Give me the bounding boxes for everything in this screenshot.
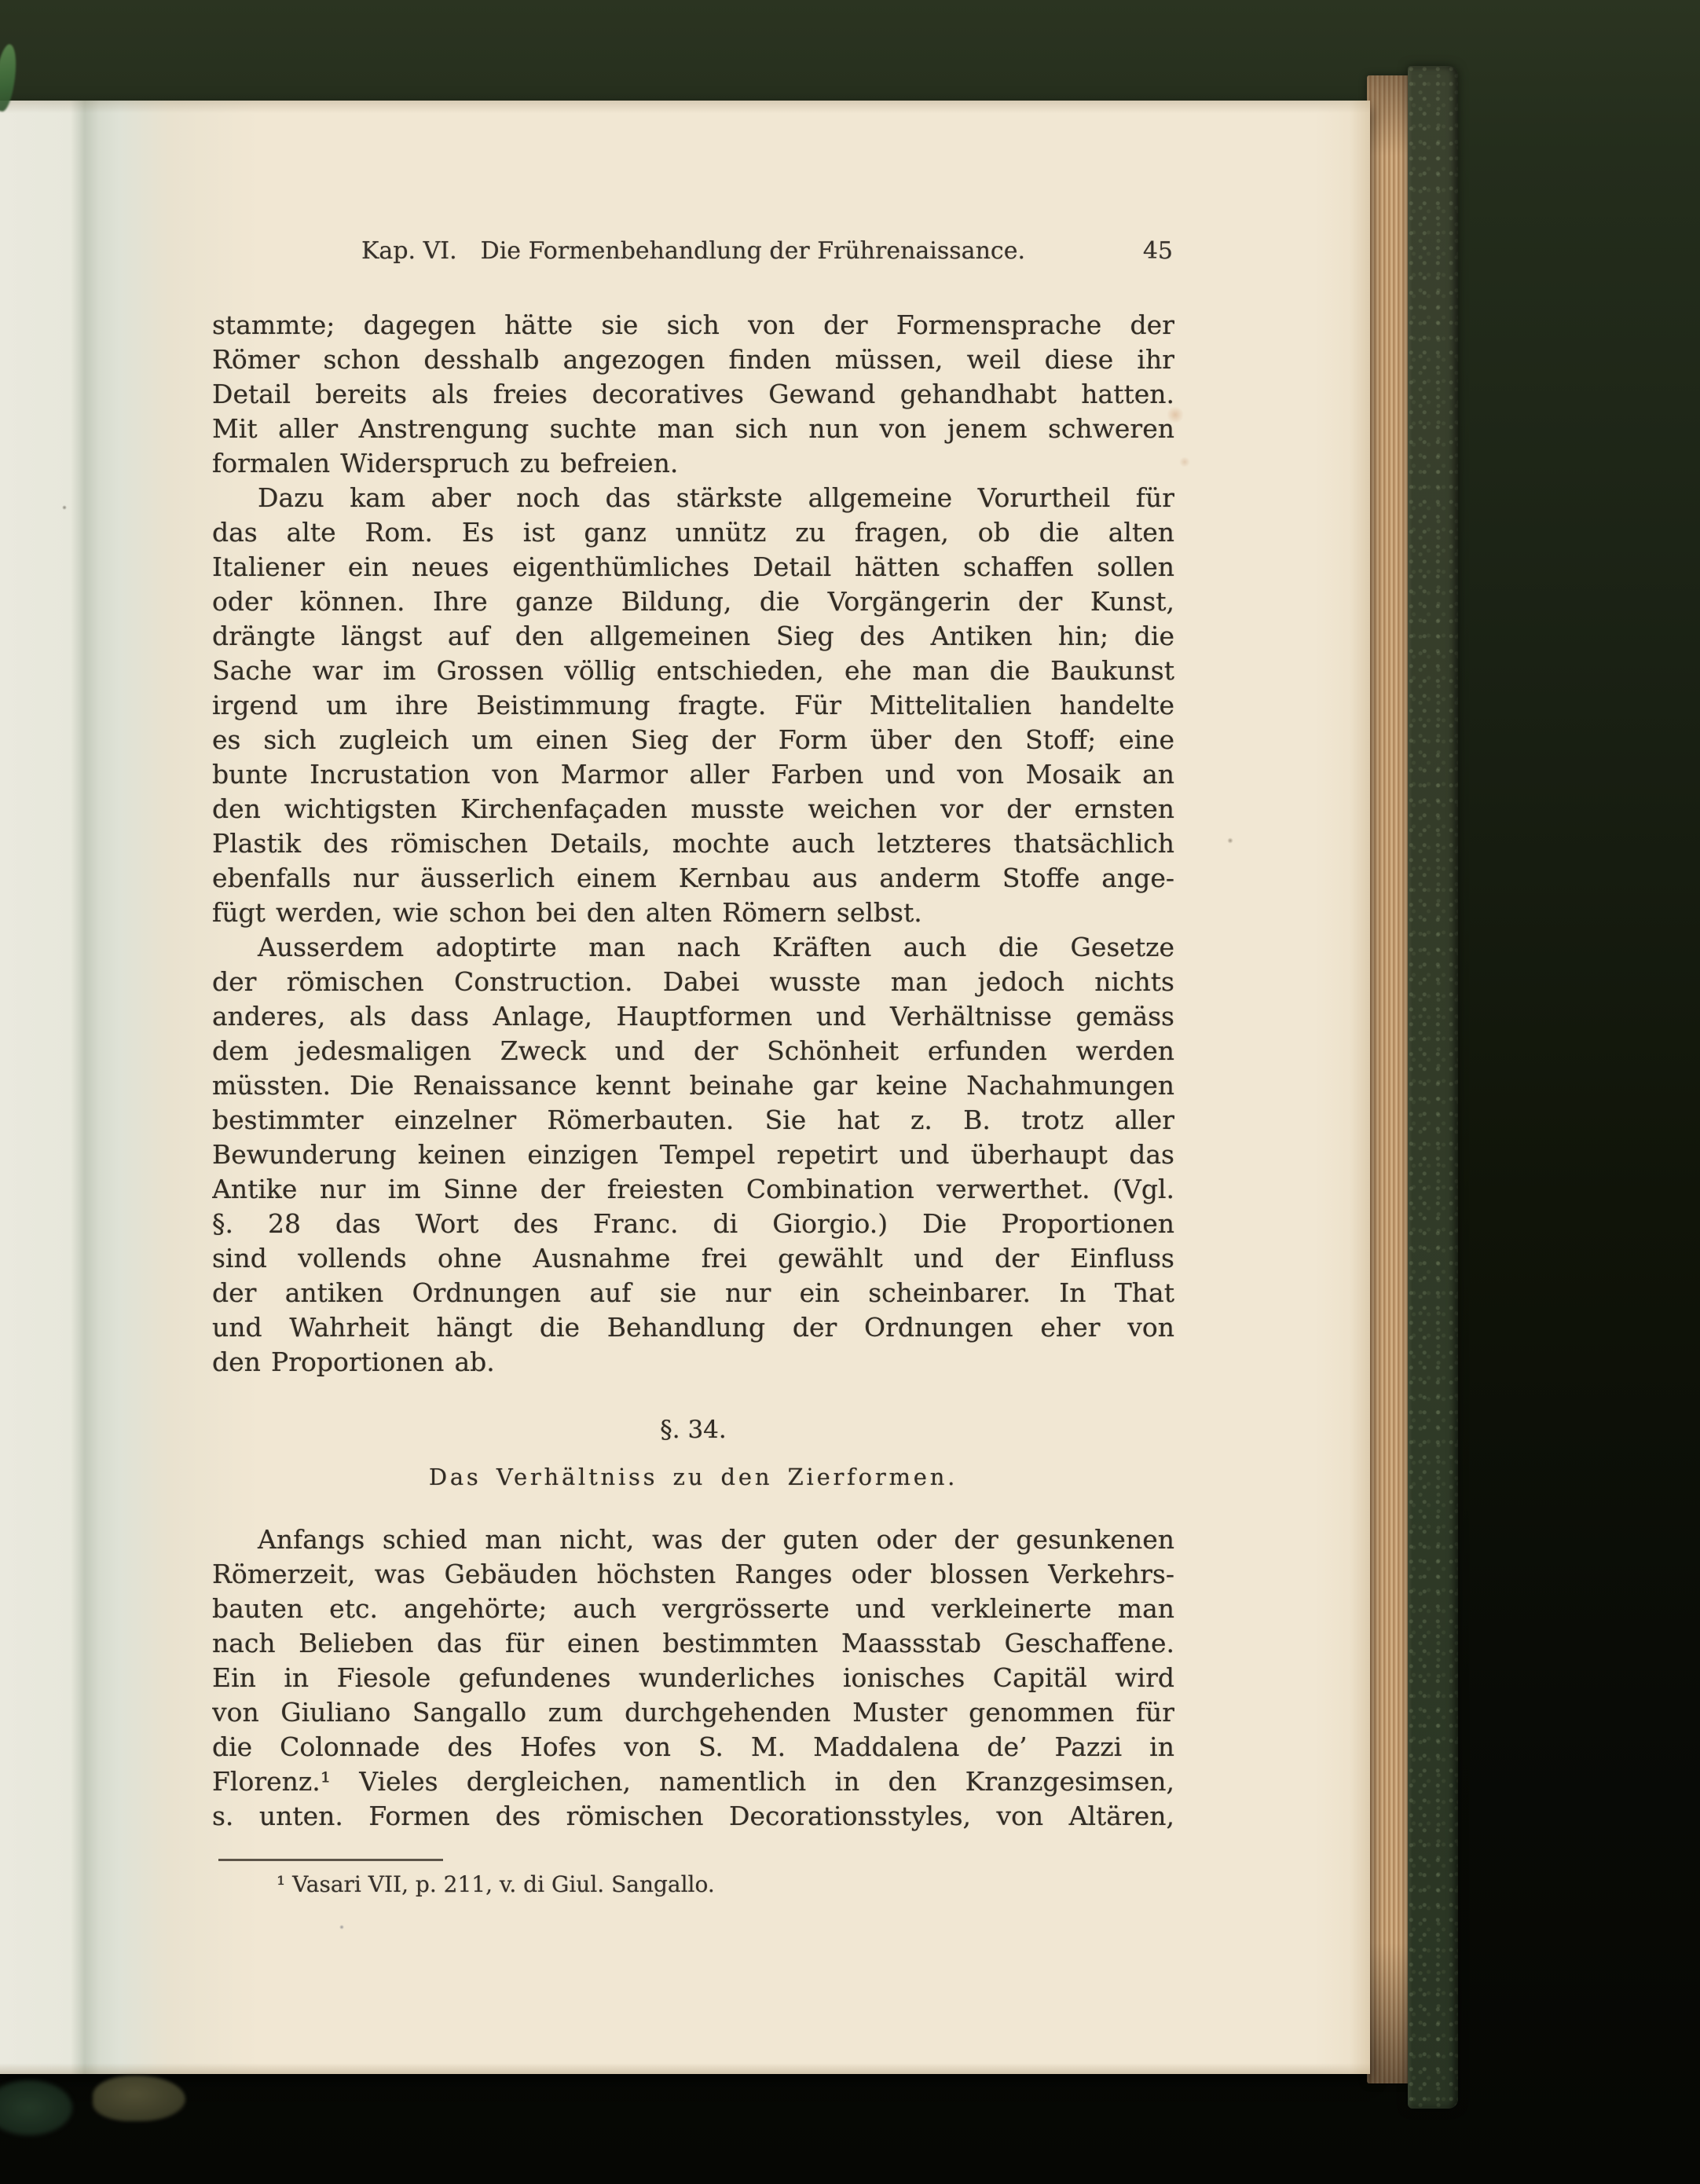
text-line: fügt werden, wie schon bei den alten Röm…	[212, 896, 1174, 930]
text-line: nach Belieben das für einen bestimmten M…	[212, 1626, 1174, 1661]
text-line: formalen Widerspruch zu befreien.	[212, 446, 1174, 481]
text-column: stammte; dagegen hätte sie sich von der …	[212, 308, 1174, 1834]
text-line: Römer schon desshalb angezogen finden mü…	[212, 343, 1174, 377]
paragraph: stammte; dagegen hätte sie sich von der …	[212, 308, 1174, 481]
paragraph: Anfangs schied man nicht, was der guten …	[212, 1523, 1174, 1834]
text-line: den wichtigsten Kirchenfaçaden musste we…	[212, 792, 1174, 826]
text-line: bestimmter einzelner Römerbauten. Sie ha…	[212, 1103, 1174, 1138]
text-line: Römerzeit, was Gebäuden höchsten Ranges …	[212, 1557, 1174, 1592]
footnote: ¹ Vasari VII, p. 211, v. di Giul. Sangal…	[212, 1869, 1174, 1900]
text-line: Antike nur im Sinne der freiesten Combin…	[212, 1172, 1174, 1207]
text-line: Ausserdem adoptirte man nach Kräften auc…	[212, 930, 1174, 965]
running-title: Die Formenbehandlung der Frührenaissance…	[481, 237, 1025, 265]
scanned-book-photo: Kap. VI.Die Formenbehandlung der Frühren…	[0, 0, 1700, 2184]
text-line: sind vollends ohne Ausnahme frei gewählt…	[212, 1241, 1174, 1276]
text-line: irgend um ihre Beistimmung fragte. Für M…	[212, 688, 1174, 723]
page-edges	[1367, 75, 1411, 2083]
text-line: Dazu kam aber noch das stärkste allgemei…	[212, 481, 1174, 515]
chapter-label: Kap. VI.	[361, 237, 457, 265]
text-line: es sich zugleich um einen Sieg der Form …	[212, 723, 1174, 757]
text-line: der antiken Ordnungen auf sie nur ein sc…	[212, 1276, 1174, 1310]
text-line: die Colonnade des Hofes von S. M. Maddal…	[212, 1730, 1174, 1764]
footnote-rule	[218, 1859, 443, 1861]
page-number: 45	[1143, 236, 1173, 267]
paragraph: Ausserdem adoptirte man nach Kräften auc…	[212, 930, 1174, 1380]
paragraph: Dazu kam aber noch das stärkste allgemei…	[212, 481, 1174, 930]
text-line: Detail bereits als freies decoratives Ge…	[212, 377, 1174, 412]
text-line: Bewunderung keinen einzigen Tempel repet…	[212, 1138, 1174, 1172]
text-line: §. 28 das Wort des Franc. di Giorgio.) D…	[212, 1207, 1174, 1241]
text-line: ebenfalls nur äusserlich einem Kernbau a…	[212, 861, 1174, 896]
text-line: bauten etc. angehörte; auch vergrösserte…	[212, 1592, 1174, 1626]
text-line: und Wahrheit hängt die Behandlung der Or…	[212, 1310, 1174, 1345]
text-line: das alte Rom. Es ist ganz unnütz zu frag…	[212, 515, 1174, 550]
text-line: oder können. Ihre ganze Bildung, die Vor…	[212, 584, 1174, 619]
text-line: Sache war im Grossen völlig entschieden,…	[212, 654, 1174, 688]
text-line: drängte längst auf den allgemeinen Sieg …	[212, 619, 1174, 654]
text-line: von Giuliano Sangallo zum durchgehenden …	[212, 1695, 1174, 1730]
section-number: §. 34.	[212, 1413, 1174, 1447]
text-line: Plastik des römischen Details, mochte au…	[212, 826, 1174, 861]
cover-corner-fragment	[93, 2076, 185, 2121]
text-line: müssten. Die Renaissance kennt beinahe g…	[212, 1068, 1174, 1103]
text-line: s. unten. Formen des römischen Decoratio…	[212, 1799, 1174, 1834]
text-line: stammte; dagegen hätte sie sich von der …	[212, 308, 1174, 343]
text-line: Anfangs schied man nicht, was der guten …	[212, 1523, 1174, 1557]
cover-corner-shadow	[0, 2080, 72, 2135]
page-content: Kap. VI.Die Formenbehandlung der Frühren…	[212, 236, 1174, 1900]
text-line: dem jedesmaligen Zweck und der Schönheit…	[212, 1034, 1174, 1068]
text-line: Italiener ein neues eigenthümliches Deta…	[212, 550, 1174, 584]
section-title: Das Verhältniss zu den Zierformen.	[212, 1460, 1174, 1494]
text-line: Mit aller Anstrengung suchte man sich nu…	[212, 412, 1174, 446]
text-line: bunte Incrustation von Marmor aller Farb…	[212, 757, 1174, 792]
text-line: Ein in Fiesole gefundenes wunderliches i…	[212, 1661, 1174, 1695]
text-line: den Proportionen ab.	[212, 1345, 1174, 1380]
text-line: Florenz.¹ Vieles dergleichen, namentlich…	[212, 1764, 1174, 1799]
text-line: der römischen Construction. Dabei wusste…	[212, 965, 1174, 999]
book-page: Kap. VI.Die Formenbehandlung der Frühren…	[0, 101, 1370, 2074]
running-header: Kap. VI.Die Formenbehandlung der Frühren…	[212, 236, 1174, 267]
book-cover-edge	[1408, 66, 1458, 2109]
text-line: anderes, als dass Anlage, Hauptformen un…	[212, 999, 1174, 1034]
